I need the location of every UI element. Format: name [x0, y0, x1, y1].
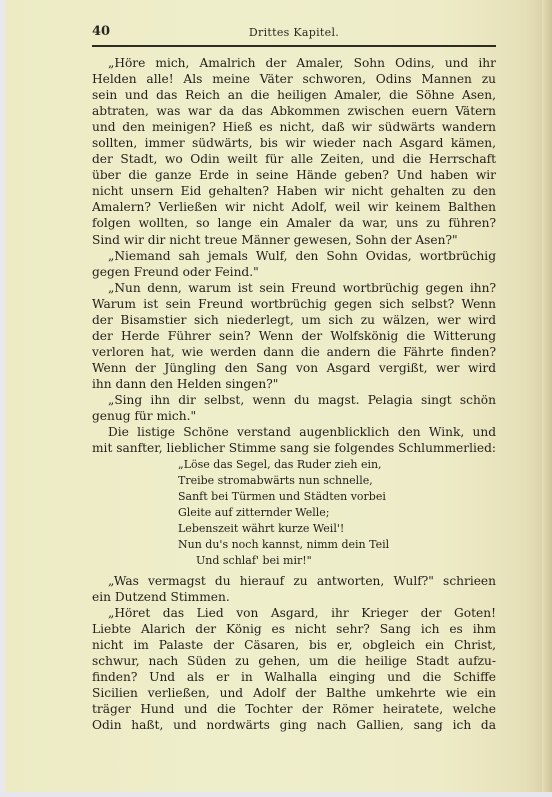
- poem-line: „Löse das Segel, das Ruder zieh ein,: [178, 457, 438, 473]
- text-line: nicht im Palaste der Cäsaren, bis er, ob…: [92, 637, 496, 653]
- body-text-block-2: „Was vermagst du hierauf zu antworten, W…: [92, 573, 496, 733]
- running-header: 40 Drittes Kapitel.: [92, 24, 496, 42]
- poem-line: Nun du's noch kannst, nimm dein Teil: [178, 537, 438, 553]
- text-line: „Sing ihn dir selbst, wenn du magst. Pel…: [92, 392, 496, 408]
- text-line: sein und das Reich an die heiligen Amale…: [92, 87, 496, 103]
- text-line: der Stadt, wo Odin weilt für alle Zeiten…: [92, 151, 496, 167]
- page-edge-shadow: [542, 0, 552, 797]
- poem-line: Gleite auf zitternder Welle;: [178, 505, 438, 521]
- page-bottom-margin: [0, 792, 552, 797]
- text-line: verloren hat, wie werden dann die andern…: [92, 344, 496, 360]
- text-line: Warum ist sein Freund wortbrüchig gegen …: [92, 296, 496, 312]
- text-line: mit sanfter, lieblicher Stimme sang sie …: [92, 440, 496, 456]
- text-line: „Niemand sah jemals Wulf, den Sohn Ovida…: [92, 248, 496, 264]
- text-line: Helden alle! Als meine Väter schworen, O…: [92, 71, 496, 87]
- text-line: der Herde Führer sein? Wenn der Wolfskön…: [92, 328, 496, 344]
- text-line: finden? Und als er in Walhalla einging u…: [92, 669, 496, 685]
- text-line: der Bisamstier sich niederlegt, um sich …: [92, 312, 496, 328]
- text-line: ein Dutzend Stimmen.: [92, 589, 496, 605]
- text-line: träger Hund und die Tochter der Römer he…: [92, 701, 496, 717]
- text-line: genug für mich.": [92, 408, 496, 424]
- text-line: und den meinigen? Hieß es nicht, daß wir…: [92, 119, 496, 135]
- poem-lullaby: „Löse das Segel, das Ruder zieh ein,Trei…: [178, 457, 438, 569]
- text-line: gegen Freund oder Feind.": [92, 264, 496, 280]
- text-line: Wenn der Jüngling den Sang von Asgard ve…: [92, 360, 496, 376]
- text-line: nicht unsern Eid gehalten? Haben wir nic…: [92, 183, 496, 199]
- header-rule: [92, 45, 496, 47]
- body-text-block-1: „Höre mich, Amalrich der Amaler, Sohn Od…: [92, 55, 496, 456]
- text-line: ihn dann den Helden singen?": [92, 376, 496, 392]
- text-line: „Nun denn, warum ist sein Freund wortbrü…: [92, 280, 496, 296]
- text-line: abtraten, was war da das Abkommen zwisch…: [92, 103, 496, 119]
- text-line: sollten, immer südwärts, bis wir wieder …: [92, 135, 496, 151]
- text-line: „Höret das Lied von Asgard, ihr Krieger …: [92, 605, 496, 621]
- text-line: Amalern? Verließen wir nicht Adolf, weil…: [92, 199, 496, 215]
- text-line: Die listige Schöne verstand augenblickli…: [92, 424, 496, 440]
- poem-line: Und schlaf' bei mir!": [178, 553, 438, 569]
- text-line: „Höre mich, Amalrich der Amaler, Sohn Od…: [92, 55, 496, 71]
- text-line: schwur, nach Süden zu gehen, um die heil…: [92, 653, 496, 669]
- text-line: Sicilien verließen, und Adolf der Balthe…: [92, 685, 496, 701]
- poem-line: Treibe stromabwärts nun schnelle,: [178, 473, 438, 489]
- text-line: „Was vermagst du hierauf zu antworten, W…: [92, 573, 496, 589]
- poem-line: Lebenszeit währt kurze Weil'!: [178, 521, 438, 537]
- running-title: Drittes Kapitel.: [92, 26, 496, 39]
- poem-line: Sanft bei Türmen und Städten vorbei: [178, 489, 438, 505]
- text-line: Liebte Alarich der König es nicht sehr? …: [92, 621, 496, 637]
- text-line: Odin haßt, und nordwärts ging nach Galli…: [92, 717, 496, 733]
- text-line: über die ganze Erde in seine Hände geben…: [92, 167, 496, 183]
- text-line: Sind wir dir nicht treue Männer gewesen,…: [92, 232, 496, 248]
- text-line: folgen wollten, so lange ein Amaler da w…: [92, 215, 496, 231]
